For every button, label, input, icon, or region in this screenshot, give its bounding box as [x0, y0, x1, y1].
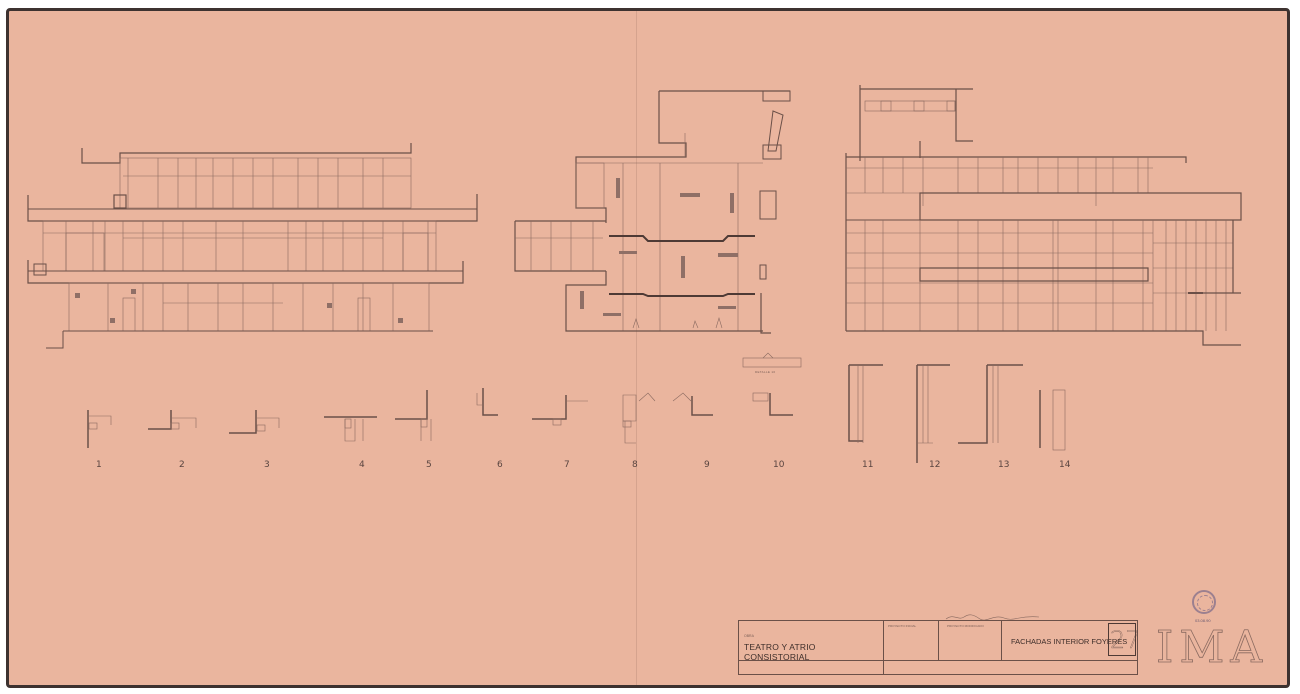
institution-stamp: [1192, 590, 1216, 614]
detail-number: 5: [426, 460, 432, 470]
detail-number: 12: [929, 460, 940, 470]
elevation-left: [28, 143, 477, 348]
detail-number: 10: [773, 460, 784, 470]
elevation-center: [515, 91, 790, 333]
sheet-number-box: 27: [1108, 623, 1136, 656]
detail-number: 3: [264, 460, 270, 470]
detail-number: 7: [564, 460, 570, 470]
sheet-number: 27: [1110, 626, 1141, 654]
project-name: TEATRO Y ATRIO CONSISTORIAL: [744, 642, 883, 662]
detail-number: 6: [497, 460, 503, 470]
project-cell: OBRA TEATRO Y ATRIO CONSISTORIAL: [739, 621, 884, 674]
drawing-sheet: 1 2 3 4 5 6 7 8 9 10 11 12 13 14 DETALLE…: [6, 8, 1290, 688]
obra-label: OBRA: [744, 634, 754, 638]
detail-number: 14: [1059, 460, 1070, 470]
details-row: [88, 353, 1065, 463]
architectural-drawings: [9, 11, 1293, 691]
detail-label: DETALLE 10: [755, 370, 775, 374]
ima-logo: IMA: [1156, 626, 1268, 670]
elevation-right: [846, 85, 1241, 345]
detail-number: 9: [704, 460, 710, 470]
proyecto-modificado-cell: PROYECTO MODIFICADO: [939, 621, 1002, 660]
detail-number: 1: [96, 460, 102, 470]
detail-number: 2: [179, 460, 185, 470]
detail-number: 13: [998, 460, 1009, 470]
title-block-bottom-row: [739, 660, 1137, 661]
detail-number: 4: [359, 460, 365, 470]
detail-number: 11: [862, 460, 873, 470]
detail-number: 8: [632, 460, 638, 470]
title-block: OBRA TEATRO Y ATRIO CONSISTORIAL PROYECT…: [738, 620, 1138, 675]
proyecto-inicial-cell: PROYECTO INICIAL: [884, 621, 939, 660]
